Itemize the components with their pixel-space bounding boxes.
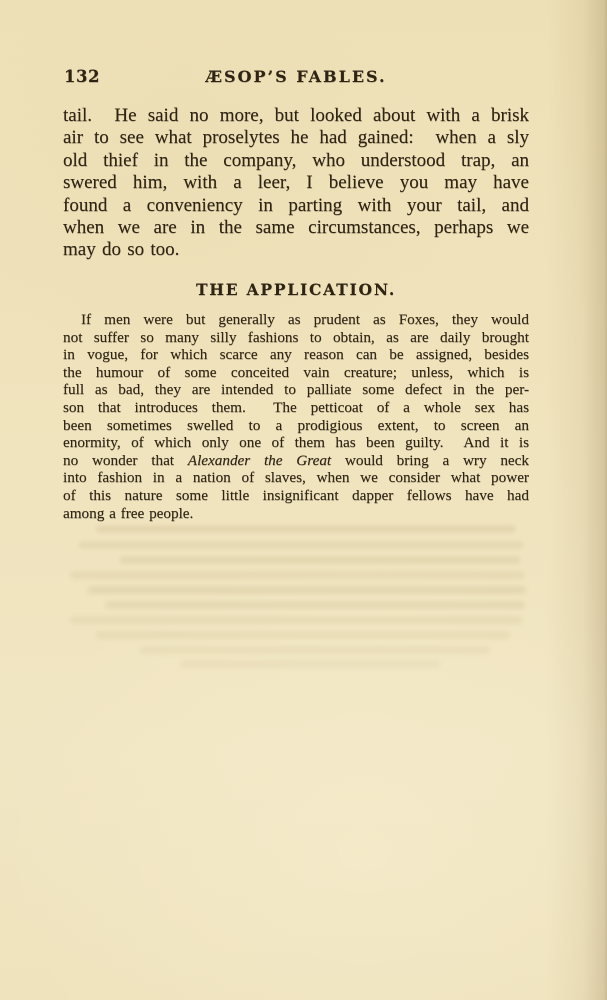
showthrough-line bbox=[96, 525, 516, 533]
text-line: old thief in the company, who understood… bbox=[63, 150, 529, 172]
showthrough-line bbox=[140, 646, 490, 654]
text-line: not suffer so many silly fashions to obt… bbox=[63, 329, 529, 347]
text-line: the humour of some conceited vain creatu… bbox=[63, 364, 529, 382]
book-page: 132 ÆSOP’S FABLES. tail. He said no more… bbox=[0, 0, 607, 1000]
running-header: 132 ÆSOP’S FABLES. bbox=[63, 67, 529, 89]
showthrough-line bbox=[78, 541, 524, 549]
text-line: full as bad, they are intended to pallia… bbox=[63, 381, 529, 399]
text-line: no wonder that Alexander the Great would… bbox=[63, 452, 529, 470]
application-paragraph: If men were but generally as prudent as … bbox=[63, 311, 529, 522]
showthrough-line bbox=[120, 556, 520, 564]
text-line: when we are in the same circumstances, p… bbox=[63, 217, 529, 239]
showthrough-line bbox=[70, 571, 525, 579]
text-line: enormity, of which only one of them has … bbox=[63, 434, 529, 452]
text-line: of this nature some little insignificant… bbox=[63, 487, 529, 505]
text-line: may do so too. bbox=[63, 239, 529, 261]
showthrough-line bbox=[88, 586, 526, 594]
showthrough-line bbox=[95, 631, 510, 639]
paragraph-continuation: tail. He said no more, but looked about … bbox=[63, 105, 529, 262]
text-line: tail. He said no more, but looked about … bbox=[63, 105, 529, 127]
text-line: son that introduces them. The petticoat … bbox=[63, 399, 529, 417]
section-heading: THE APPLICATION. bbox=[63, 280, 529, 299]
text-line: found a conveniency in parting with your… bbox=[63, 195, 529, 217]
text-line: swered him, with a leer, I believe you m… bbox=[63, 172, 529, 194]
text-line: been sometimes swelled to a prodigious e… bbox=[63, 417, 529, 435]
showthrough-line bbox=[70, 616, 522, 624]
page-number: 132 bbox=[64, 67, 100, 86]
showthrough-line bbox=[180, 660, 440, 668]
text-line: among a free people. bbox=[63, 505, 529, 523]
text-line: If men were but generally as prudent as … bbox=[63, 311, 529, 329]
text-line: in vogue, for which scarce any reason ca… bbox=[63, 346, 529, 364]
text-line: into fashion in a nation of slaves, when… bbox=[63, 469, 529, 487]
text-line: air to see what proselytes he had gained… bbox=[63, 127, 529, 149]
running-title: ÆSOP’S FABLES. bbox=[63, 67, 529, 86]
showthrough-line bbox=[105, 601, 525, 609]
